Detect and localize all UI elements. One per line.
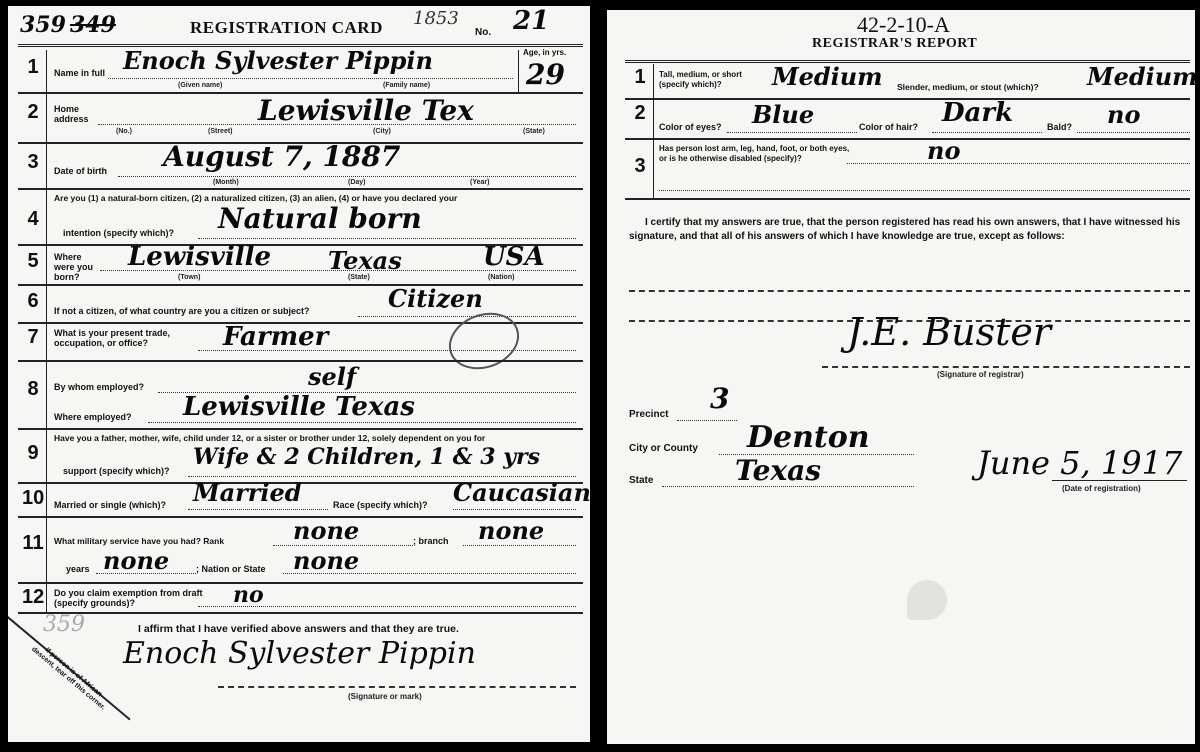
report-title: REGISTRAR'S REPORT [812, 36, 977, 52]
home-address-value: Lewisville Tex [258, 94, 474, 127]
military-years-value: none [103, 546, 169, 575]
precinct-value: 3 [710, 382, 729, 415]
military-rank-value: none [293, 516, 359, 545]
affirmation-text: I affirm that I have verified above answ… [138, 622, 459, 636]
form-number: 359 [20, 12, 66, 38]
registrant-signature: Enoch Sylvester Pippin [123, 636, 476, 671]
bald-value: no [1107, 100, 1140, 129]
employment-place-value: Lewisville Texas [183, 392, 415, 422]
race-value: Caucasian [453, 478, 590, 507]
registrars-report: 42-2-10-A REGISTRAR'S REPORT 1 Tall, med… [607, 10, 1195, 744]
hair-color-value: Dark [942, 98, 1013, 128]
registration-date: June 5, 1917 [977, 444, 1182, 482]
exemption-value: no [233, 582, 264, 608]
corner-number: 359 [43, 612, 85, 637]
name-value: Enoch Sylvester Pippin [123, 46, 433, 75]
birthplace-state: Texas [328, 246, 402, 275]
card-title: REGISTRATION CARD [190, 18, 383, 38]
age-value: 29 [526, 58, 565, 91]
form-number-struck: 349 [70, 12, 116, 38]
birthplace-town: Lewisville [128, 242, 271, 272]
citizenship-value: Natural born [218, 202, 422, 235]
marital-status-value: Married [193, 478, 302, 507]
country-value: Citizen [388, 284, 483, 313]
registration-number: 21 [513, 6, 549, 36]
city-value: Denton [747, 420, 870, 455]
registration-card: 359 349 REGISTRATION CARD 1853 No. 21 1 … [8, 6, 590, 742]
state-value: Texas [735, 454, 821, 487]
military-branch-value: none [478, 516, 544, 545]
eye-color-value: Blue [752, 100, 814, 129]
dob-value: August 7, 1887 [163, 140, 400, 173]
military-nation-value: none [293, 546, 359, 575]
circle-mark [441, 303, 527, 378]
no-label: No. [475, 28, 491, 38]
height-value: Medium [772, 62, 883, 91]
employer-value: self [308, 362, 356, 391]
birthplace-nation: USA [483, 242, 545, 272]
dependents-value: Wife & 2 Children, 1 & 3 yrs [193, 444, 540, 470]
corner-note: If person is of African descent, tear of… [29, 639, 112, 712]
disability-value: no [927, 136, 960, 165]
card-serial: 1853 [413, 8, 459, 29]
certification-text: I certify that my answers are true, that… [629, 216, 1189, 244]
occupation-value: Farmer [223, 322, 328, 352]
report-code: 42-2-10-A [857, 12, 950, 38]
stamp-mark [907, 580, 947, 620]
registrar-signature: J.E. Buster [847, 310, 1051, 354]
build-value: Medium [1087, 62, 1195, 91]
